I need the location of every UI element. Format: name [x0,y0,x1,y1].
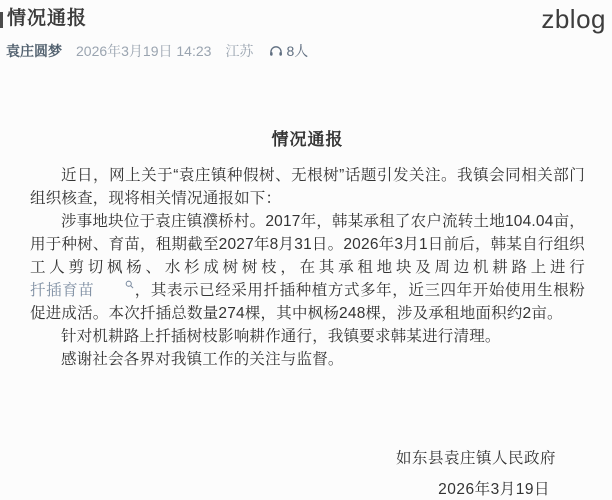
article-body: 情况通报 近日，网上关于“袁庄镇种假树、无根树”话题引发关注。我镇会同相关部门组… [0,125,612,500]
article-paragraph-4: 感谢社会各界对我镇工作的关注与监督。 [30,348,585,371]
page-title: 情况通报 [4,5,87,34]
search-icon [94,280,134,289]
signature-organization: 如东县袁庄镇人民政府 [30,447,556,470]
signature-block: 如东县袁庄镇人民政府 2026年3月19日 [30,447,585,500]
author-link[interactable]: 袁庄圆梦 [6,41,62,61]
term-search-link-label: 扦插育苗 [30,282,94,299]
zblog-logo[interactable]: zblog [541,5,606,35]
article-paragraph-2: 涉事地块位于袁庄镇濮桥村。2017年，韩某承租了农户流转土地104.04亩，用于… [30,210,585,325]
publish-location: 江苏 [225,41,253,61]
term-search-link[interactable]: 扦插育苗 [30,282,134,299]
paragraph-2-text-before: 涉事地块位于袁庄镇濮桥村。2017年，韩某承租了农户流转土地104.04亩，用于… [30,213,585,276]
headphones-icon [269,44,283,58]
article-title: 情况通报 [30,125,585,150]
article-paragraph-1: 近日，网上关于“袁庄镇种假树、无根树”话题引发关注。我镇会同相关部门组织核查，现… [30,164,585,210]
publish-datetime: 2026年3月19日 14:23 [76,41,211,61]
signature-date: 2026年3月19日 [30,478,556,500]
listen-count: 8人 [269,41,308,61]
title-left-marker [0,12,3,28]
listener-count-label: 8人 [286,41,308,61]
article-paragraph-3: 针对机耕路上扦插树枝影响耕作通行，我镇要求韩某进行清理。 [30,325,585,348]
article-meta: 袁庄圆梦 2026年3月19日 14:23 江苏 8人 [0,35,612,61]
site-header: 情况通报 zblog [0,0,612,35]
